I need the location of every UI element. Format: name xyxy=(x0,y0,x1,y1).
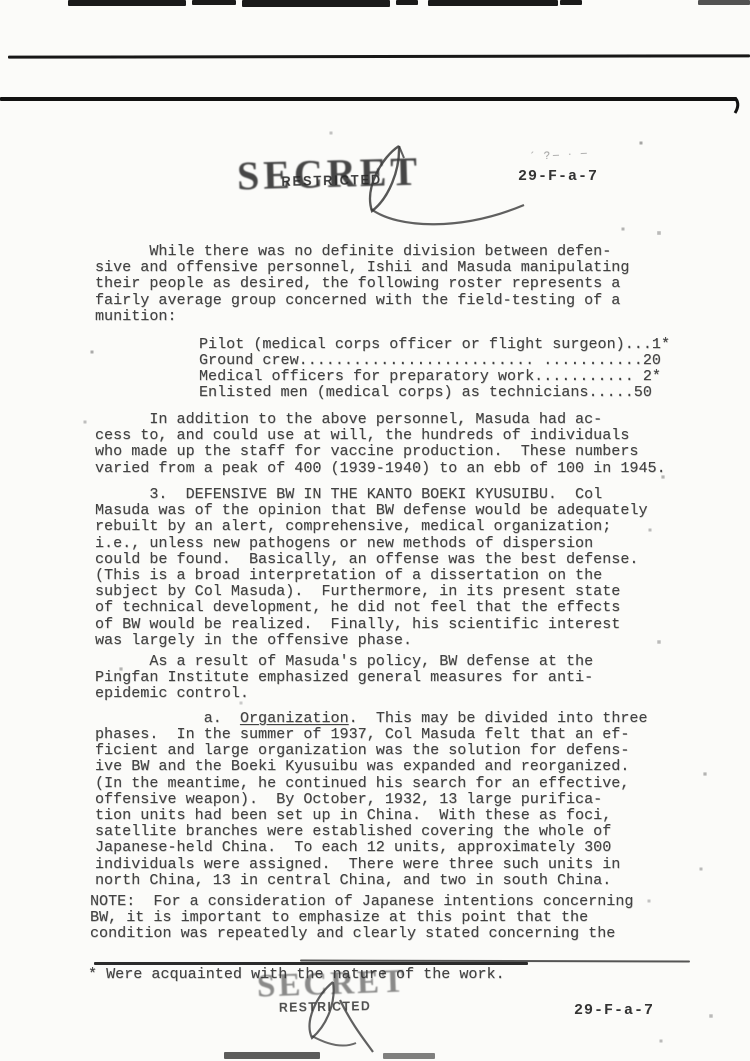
redaction-bar-segment xyxy=(192,0,236,5)
roster-line-enlisted-men: Enlisted men (medical corps) as technici… xyxy=(199,384,652,400)
roster-line-pilot: Pilot (medical corps officer or flight s… xyxy=(199,336,670,352)
redaction-bar-segment xyxy=(396,0,418,5)
redaction-bar-segment xyxy=(698,0,750,5)
pencil-annotation: ´ ?– · – xyxy=(531,147,591,163)
roster-line-medical-officers: Medical officers for preparatory work...… xyxy=(199,368,661,384)
paragraph-intro: While there was no definite division bet… xyxy=(95,243,629,324)
note-paragraph: NOTE: For a consideration of Japanese in… xyxy=(90,893,633,942)
doc-ref-bottom: 29-F-a-7 xyxy=(574,1002,654,1019)
redaction-bar-segment xyxy=(68,0,186,6)
document-page: SECRET RESTRICTED ´ ?– · – 29-F-a-7 Whil… xyxy=(0,0,750,1061)
redaction-bar-segment xyxy=(560,0,582,5)
scan-noise-specks xyxy=(0,0,2,2)
paragraph-organization-body: phases. In the summer of 1937, Col Masud… xyxy=(95,726,629,888)
bottom-redaction-bar-segment xyxy=(383,1053,435,1059)
top-horizontal-rule-1 xyxy=(8,54,750,58)
redaction-bar-segment xyxy=(242,0,390,7)
paragraph-section-3-defensive-bw: 3. DEFENSIVE BW IN THE KANTO BOEKI KYUSU… xyxy=(95,486,648,648)
roster-line-ground-crew: Ground crew.......................... ..… xyxy=(199,352,661,368)
bottom-redaction-bar-segment xyxy=(224,1052,320,1059)
restricted-overprint-bottom: RESTRICTED xyxy=(279,998,371,1015)
paragraph-organization-heading-line: a. Organization. This may be divided int… xyxy=(95,710,648,726)
paragraph-personnel-access: In addition to the above personnel, Masu… xyxy=(95,411,666,476)
redaction-bar-segment xyxy=(428,0,558,6)
paragraph-masuda-policy: As a result of Masuda's policy, BW defen… xyxy=(95,653,593,702)
top-horizontal-rule-2 xyxy=(0,97,737,101)
doc-ref-top: 29-F-a-7 xyxy=(518,168,598,185)
restricted-overprint-top: RESTRICTED xyxy=(281,171,382,189)
